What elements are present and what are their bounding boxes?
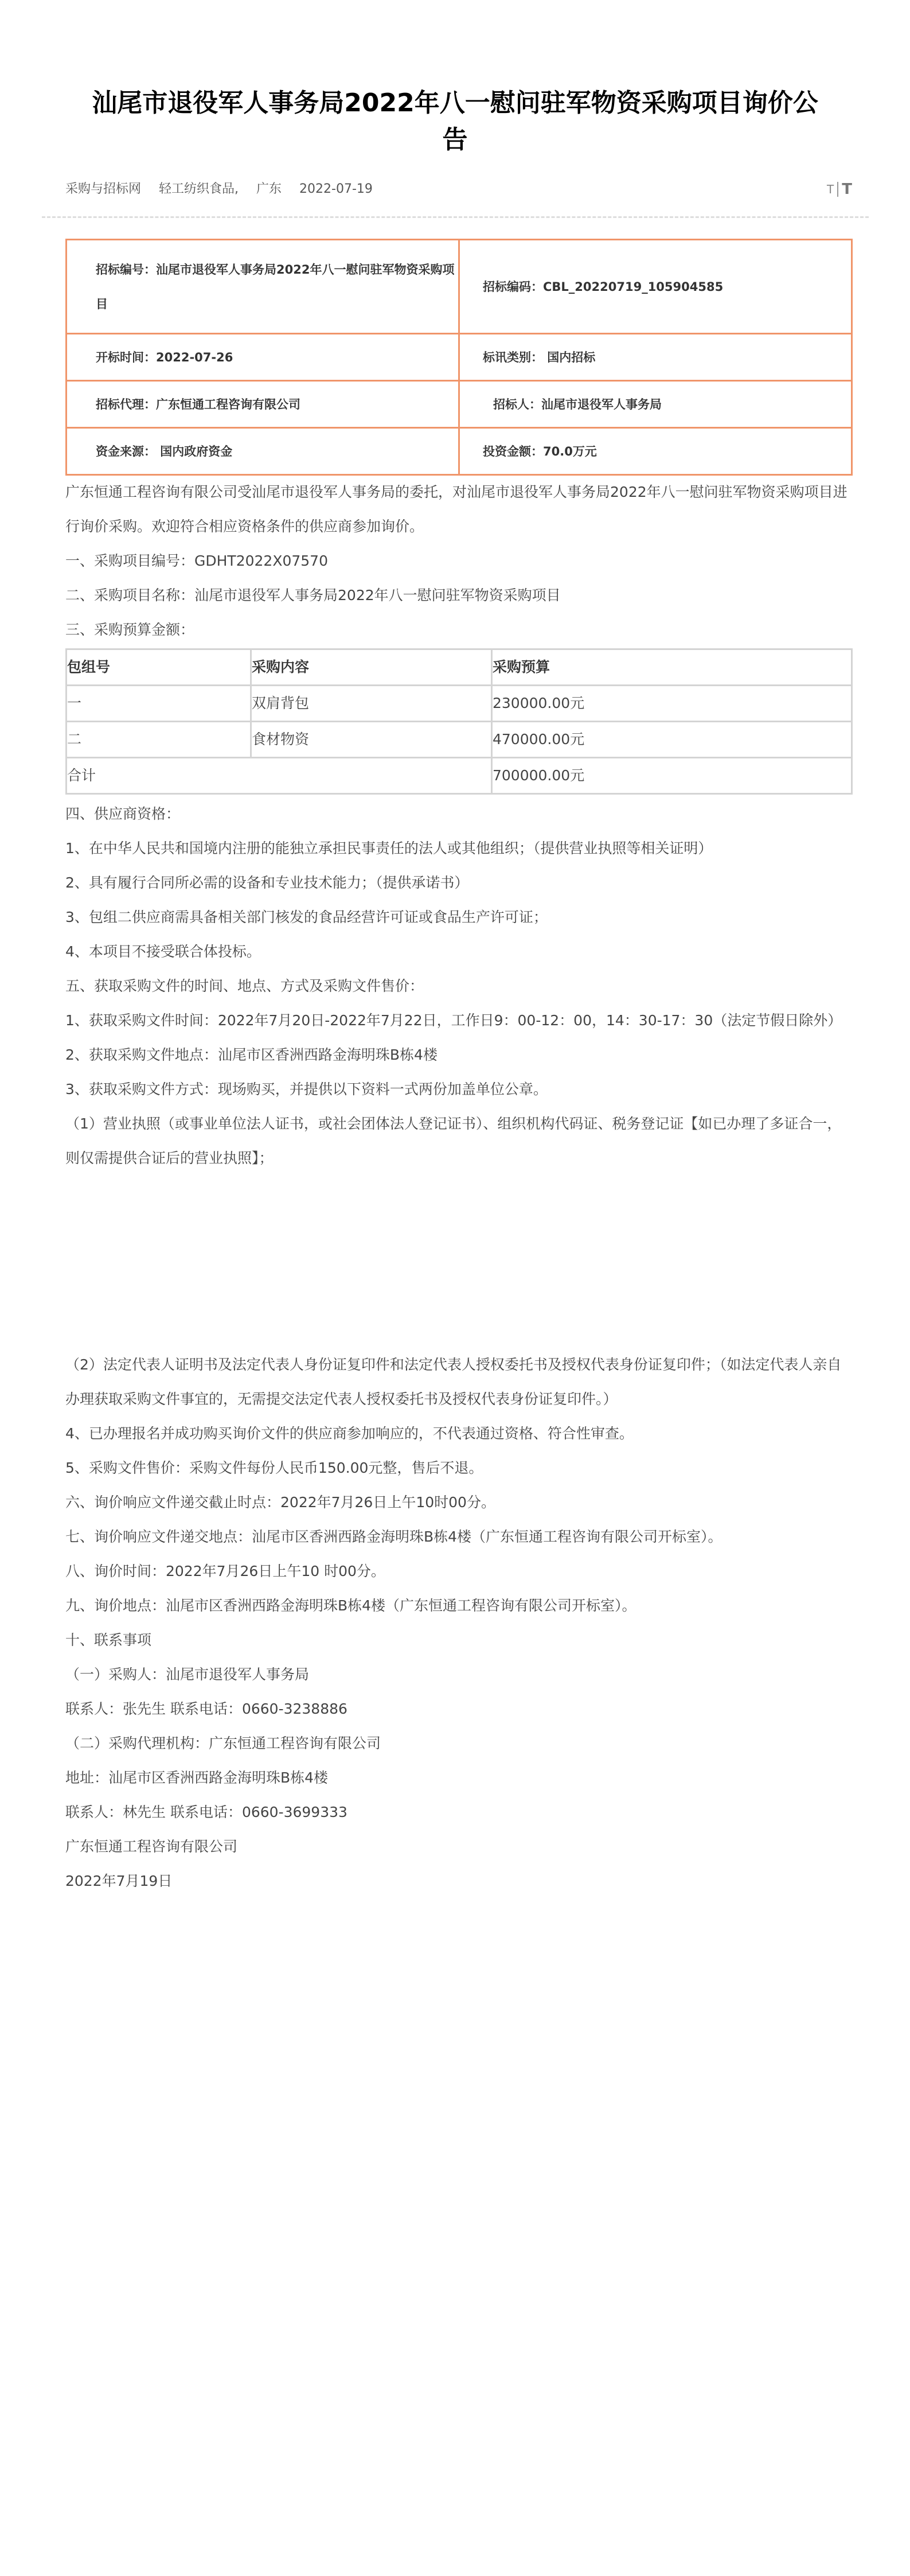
qualification-item: 1、在中华人民共和国境内注册的能独立承担民事责任的法人或其他组织；（提供营业执照… (65, 831, 853, 866)
article-meta: 采购与招标网 轻工纺织食品, 广东 2022-07-19 T T (65, 179, 852, 200)
budget-lot: 一 (67, 686, 251, 722)
signature-date: 2022年7月19日 (65, 1864, 853, 1898)
budget-content: 食材物资 (251, 722, 492, 758)
budget-total-row: 合计 700000.00元 (67, 758, 852, 794)
info-tender-number: 招标编号：汕尾市退役军人事务局2022年八一慰问驻军物资采购项目 (67, 240, 459, 334)
contact-line: 地址：汕尾市区香洲西路金海明珠B栋4楼 (65, 1761, 853, 1795)
section-qualification-heading: 四、供应商资格： (65, 797, 853, 831)
documents-item: 5、采购文件售价：采购文件每份人民币150.00元整，售后不退。 (65, 1451, 853, 1485)
intro-paragraph: 广东恒通工程咨询有限公司受汕尾市退役军人事务局的委托，对汕尾市退役军人事务局20… (65, 475, 853, 544)
section-deadline: 六、询价响应文件递交截止时点：2022年7月26日上午10时00分。 (65, 1485, 853, 1520)
info-row: 资金来源： 国内政府资金 投资金额：70.0万元 (67, 428, 852, 475)
font-larger-button[interactable]: T (842, 179, 852, 200)
section-project-name: 二、采购项目名称：汕尾市退役军人事务局2022年八一慰问驻军物资采购项目 (65, 578, 853, 613)
budget-header-lot: 包组号 (67, 649, 251, 686)
blank-space (65, 1176, 853, 1348)
qualification-item: 3、包组二供应商需具备相关部门核发的食品经营许可证或食品生产许可证； (65, 900, 853, 935)
meta-source[interactable]: 采购与招标网 (65, 182, 141, 196)
font-toggle-separator (837, 182, 838, 197)
section-inquiry-time: 八、询价时间：2022年7月26日上午10 时00分。 (65, 1554, 853, 1589)
section-submission-place: 七、询价响应文件递交地点：汕尾市区香洲西路金海明珠B栋4楼（广东恒通工程咨询有限… (65, 1520, 853, 1554)
info-tenderer: 招标人：汕尾市退役军人事务局 (459, 381, 852, 428)
info-row: 招标代理：广东恒通工程咨询有限公司 招标人：汕尾市退役军人事务局 (67, 381, 852, 428)
budget-total-label: 合计 (67, 758, 492, 794)
budget-header-row: 包组号 采购内容 采购预算 (67, 649, 852, 686)
info-row: 招标编号：汕尾市退役军人事务局2022年八一慰问驻军物资采购项目 招标编码：CB… (67, 240, 852, 334)
budget-table: 包组号 采购内容 采购预算 一 双肩背包 230000.00元 二 食材物资 4… (65, 648, 853, 795)
info-tender-code: 招标编码：CBL_20220719_105904585 (459, 240, 852, 334)
meta-date: 2022-07-19 (299, 182, 373, 196)
qualification-item: 2、具有履行合同所必需的设备和专业技术能力；（提供承诺书） (65, 866, 853, 900)
budget-header-amount: 采购预算 (492, 649, 852, 686)
info-row: 开标时间：2022-07-26 标讯类别： 国内招标 (67, 334, 852, 381)
font-size-toggle: T T (827, 179, 852, 200)
tender-info-table: 招标编号：汕尾市退役军人事务局2022年八一慰问驻军物资采购项目 招标编码：CB… (65, 239, 853, 476)
budget-amount: 230000.00元 (492, 686, 852, 722)
budget-amount: 470000.00元 (492, 722, 852, 758)
signature-org: 广东恒通工程咨询有限公司 (65, 1830, 853, 1864)
section-budget-heading: 三、采购预算金额： (65, 613, 853, 647)
contact-line: （二）采购代理机构：广东恒通工程咨询有限公司 (65, 1726, 853, 1761)
section-contacts-heading: 十、联系事项 (65, 1623, 853, 1657)
section-inquiry-place: 九、询价地点：汕尾市区香洲西路金海明珠B栋4楼（广东恒通工程咨询有限公司开标室）… (65, 1589, 853, 1623)
documents-item: 3、获取采购文件方式：现场购买，并提供以下资料一式两份加盖单位公章。 (65, 1072, 853, 1107)
section-documents-heading: 五、获取采购文件的时间、地点、方式及采购文件售价： (65, 969, 853, 1003)
section-project-number: 一、采购项目编号：GDHT2022X07570 (65, 544, 853, 578)
documents-item: 4、已办理报名并成功购买询价文件的供应商参加响应的，不代表通过资格、符合性审查。 (65, 1417, 853, 1451)
budget-row: 二 食材物资 470000.00元 (67, 722, 852, 758)
budget-content: 双肩背包 (251, 686, 492, 722)
meta-region: 广东 (256, 182, 282, 196)
documents-item: 1、获取采购文件时间：2022年7月20日-2022年7月22日，工作日9：00… (65, 1003, 853, 1038)
page-title: 汕尾市退役军人事务局2022年八一慰问驻军物资采购项目询价公告 (80, 85, 830, 158)
budget-lot: 二 (67, 722, 251, 758)
info-investment: 投资金额：70.0万元 (459, 428, 852, 475)
budget-header-content: 采购内容 (251, 649, 492, 686)
budget-total-value: 700000.00元 (492, 758, 852, 794)
contact-line: （一）采购人：汕尾市退役军人事务局 (65, 1657, 853, 1692)
info-fund-source: 资金来源： 国内政府资金 (67, 428, 459, 475)
qualification-item: 4、本项目不接受联合体投标。 (65, 935, 853, 969)
documents-item: （2）法定代表人证明书及法定代表人身份证复印件和法定代表人授权委托书及授权代表身… (65, 1348, 853, 1417)
header-divider (42, 216, 869, 218)
documents-item: 2、获取采购文件地点：汕尾市区香洲西路金海明珠B栋4楼 (65, 1038, 853, 1072)
budget-row: 一 双肩背包 230000.00元 (67, 686, 852, 722)
info-agent: 招标代理：广东恒通工程咨询有限公司 (67, 381, 459, 428)
documents-item: （1）营业执照（或事业单位法人证书，或社会团体法人登记证书）、组织机构代码证、税… (65, 1107, 853, 1176)
contact-line: 联系人：张先生 联系电话：0660-3238886 (65, 1692, 853, 1726)
meta-category[interactable]: 轻工纺织食品, (159, 182, 239, 196)
font-smaller-button[interactable]: T (827, 179, 834, 200)
contact-line: 联系人：林先生 联系电话：0660-3699333 (65, 1795, 853, 1830)
announcement-body: 广东恒通工程咨询有限公司受汕尾市退役军人事务局的委托，对汕尾市退役军人事务局20… (65, 475, 853, 1898)
info-bid-category: 标讯类别： 国内招标 (459, 334, 852, 381)
info-open-time: 开标时间：2022-07-26 (67, 334, 459, 381)
